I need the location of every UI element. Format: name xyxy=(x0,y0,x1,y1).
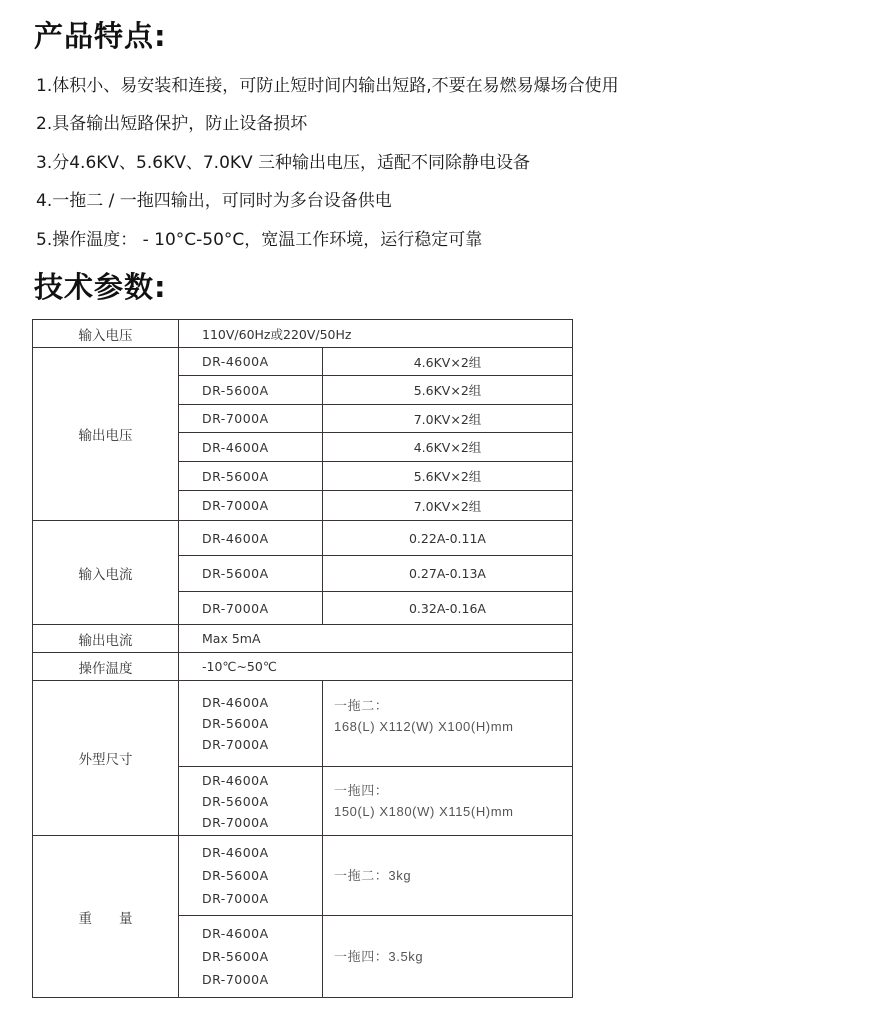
features-heading: 产品特点: xyxy=(34,14,167,55)
weight-value: 一拖四：3.5kg xyxy=(323,916,573,998)
table-row: 外型尺寸 DR-4600A DR-5600A DR-7000A 一拖二： 168… xyxy=(33,681,573,767)
model-name: DR-7000A xyxy=(202,968,322,991)
model-cell: DR-7000A xyxy=(179,405,323,433)
model-name: DR-4600A xyxy=(202,922,322,945)
label-output-voltage: 输出电压 xyxy=(33,348,179,521)
model-name: DR-7000A xyxy=(202,887,322,910)
table-row: 输出电压 DR-4600A 4.6KV×2组 xyxy=(33,348,573,376)
model-cell: DR-4600A xyxy=(179,433,323,462)
model-name: DR-7000A xyxy=(202,812,322,833)
value-output-current: Max 5mA xyxy=(179,625,573,653)
value-cell: 0.22A-0.11A xyxy=(323,521,573,556)
feature-item-1: 1.体积小、易安装和连接，可防止短时间内输出短路,不要在易燃易爆场合使用 xyxy=(36,71,619,96)
value-cell: 5.6KV×2组 xyxy=(323,376,573,405)
value-cell: 4.6KV×2组 xyxy=(323,348,573,376)
spec-table: 输入电压 110V/60Hz或220V/50Hz 输出电压 DR-4600A 4… xyxy=(32,319,573,998)
dimension-title: 一拖四： xyxy=(334,780,572,801)
label-weight: 重 量 xyxy=(33,836,179,998)
weight-value: 一拖二：3kg xyxy=(323,836,573,916)
label-output-current: 输出电流 xyxy=(33,625,179,653)
model-cell: DR-4600A xyxy=(179,521,323,556)
label-dimensions: 外型尺寸 xyxy=(33,681,179,836)
table-row: 操作温度 -10℃~50℃ xyxy=(33,653,573,681)
model-name: DR-4600A xyxy=(202,692,322,713)
label-input-voltage: 输入电压 xyxy=(33,320,179,348)
model-name: DR-4600A xyxy=(202,841,322,864)
table-row: 输入电压 110V/60Hz或220V/50Hz xyxy=(33,320,573,348)
dimension-title: 一拖二： xyxy=(334,695,572,716)
model-cell: DR-5600A xyxy=(179,462,323,491)
model-cell: DR-7000A xyxy=(179,491,323,521)
model-cell: DR-4600A xyxy=(179,348,323,376)
value-cell: 7.0KV×2组 xyxy=(323,405,573,433)
model-name: DR-4600A xyxy=(202,770,322,791)
feature-item-5: 5.操作温度： - 10°C-50°C，宽温工作环境，运行稳定可靠 xyxy=(36,225,482,250)
model-name: DR-5600A xyxy=(202,713,322,734)
feature-item-3: 3.分4.6KV、5.6KV、7.0KV 三种输出电压，适配不同除静电设备 xyxy=(36,148,530,173)
label-operating-temp: 操作温度 xyxy=(33,653,179,681)
dimension-size: 168(L) X112(W) X100(H)mm xyxy=(334,716,572,737)
model-name: DR-5600A xyxy=(202,864,322,887)
model-name: DR-5600A xyxy=(202,791,322,812)
value-cell: 5.6KV×2组 xyxy=(323,462,573,491)
table-row: 重 量 DR-4600A DR-5600A DR-7000A 一拖二：3kg xyxy=(33,836,573,916)
label-input-current: 输入电流 xyxy=(33,521,179,625)
model-name: DR-7000A xyxy=(202,734,322,755)
value-input-voltage: 110V/60Hz或220V/50Hz xyxy=(179,320,573,348)
dimension-size: 150(L) X180(W) X115(H)mm xyxy=(334,801,572,822)
model-cell: DR-5600A xyxy=(179,376,323,405)
specs-heading: 技术参数: xyxy=(34,265,167,306)
model-list: DR-4600A DR-5600A DR-7000A xyxy=(179,681,323,767)
value-cell: 0.27A-0.13A xyxy=(323,556,573,592)
feature-item-2: 2.具备输出短路保护，防止设备损坏 xyxy=(36,109,307,134)
table-row: 输出电流 Max 5mA xyxy=(33,625,573,653)
model-list: DR-4600A DR-5600A DR-7000A xyxy=(179,767,323,836)
table-row: 输入电流 DR-4600A 0.22A-0.11A xyxy=(33,521,573,556)
value-operating-temp: -10℃~50℃ xyxy=(179,653,573,681)
model-cell: DR-7000A xyxy=(179,592,323,625)
dimension-value: 一拖四： 150(L) X180(W) X115(H)mm xyxy=(323,767,573,836)
feature-item-4: 4.一拖二 / 一拖四输出，可同时为多台设备供电 xyxy=(36,186,392,211)
model-list: DR-4600A DR-5600A DR-7000A xyxy=(179,836,323,916)
model-list: DR-4600A DR-5600A DR-7000A xyxy=(179,916,323,998)
value-cell: 4.6KV×2组 xyxy=(323,433,573,462)
model-cell: DR-5600A xyxy=(179,556,323,592)
value-cell: 0.32A-0.16A xyxy=(323,592,573,625)
value-cell: 7.0KV×2组 xyxy=(323,491,573,521)
model-name: DR-5600A xyxy=(202,945,322,968)
dimension-value: 一拖二： 168(L) X112(W) X100(H)mm xyxy=(323,681,573,767)
